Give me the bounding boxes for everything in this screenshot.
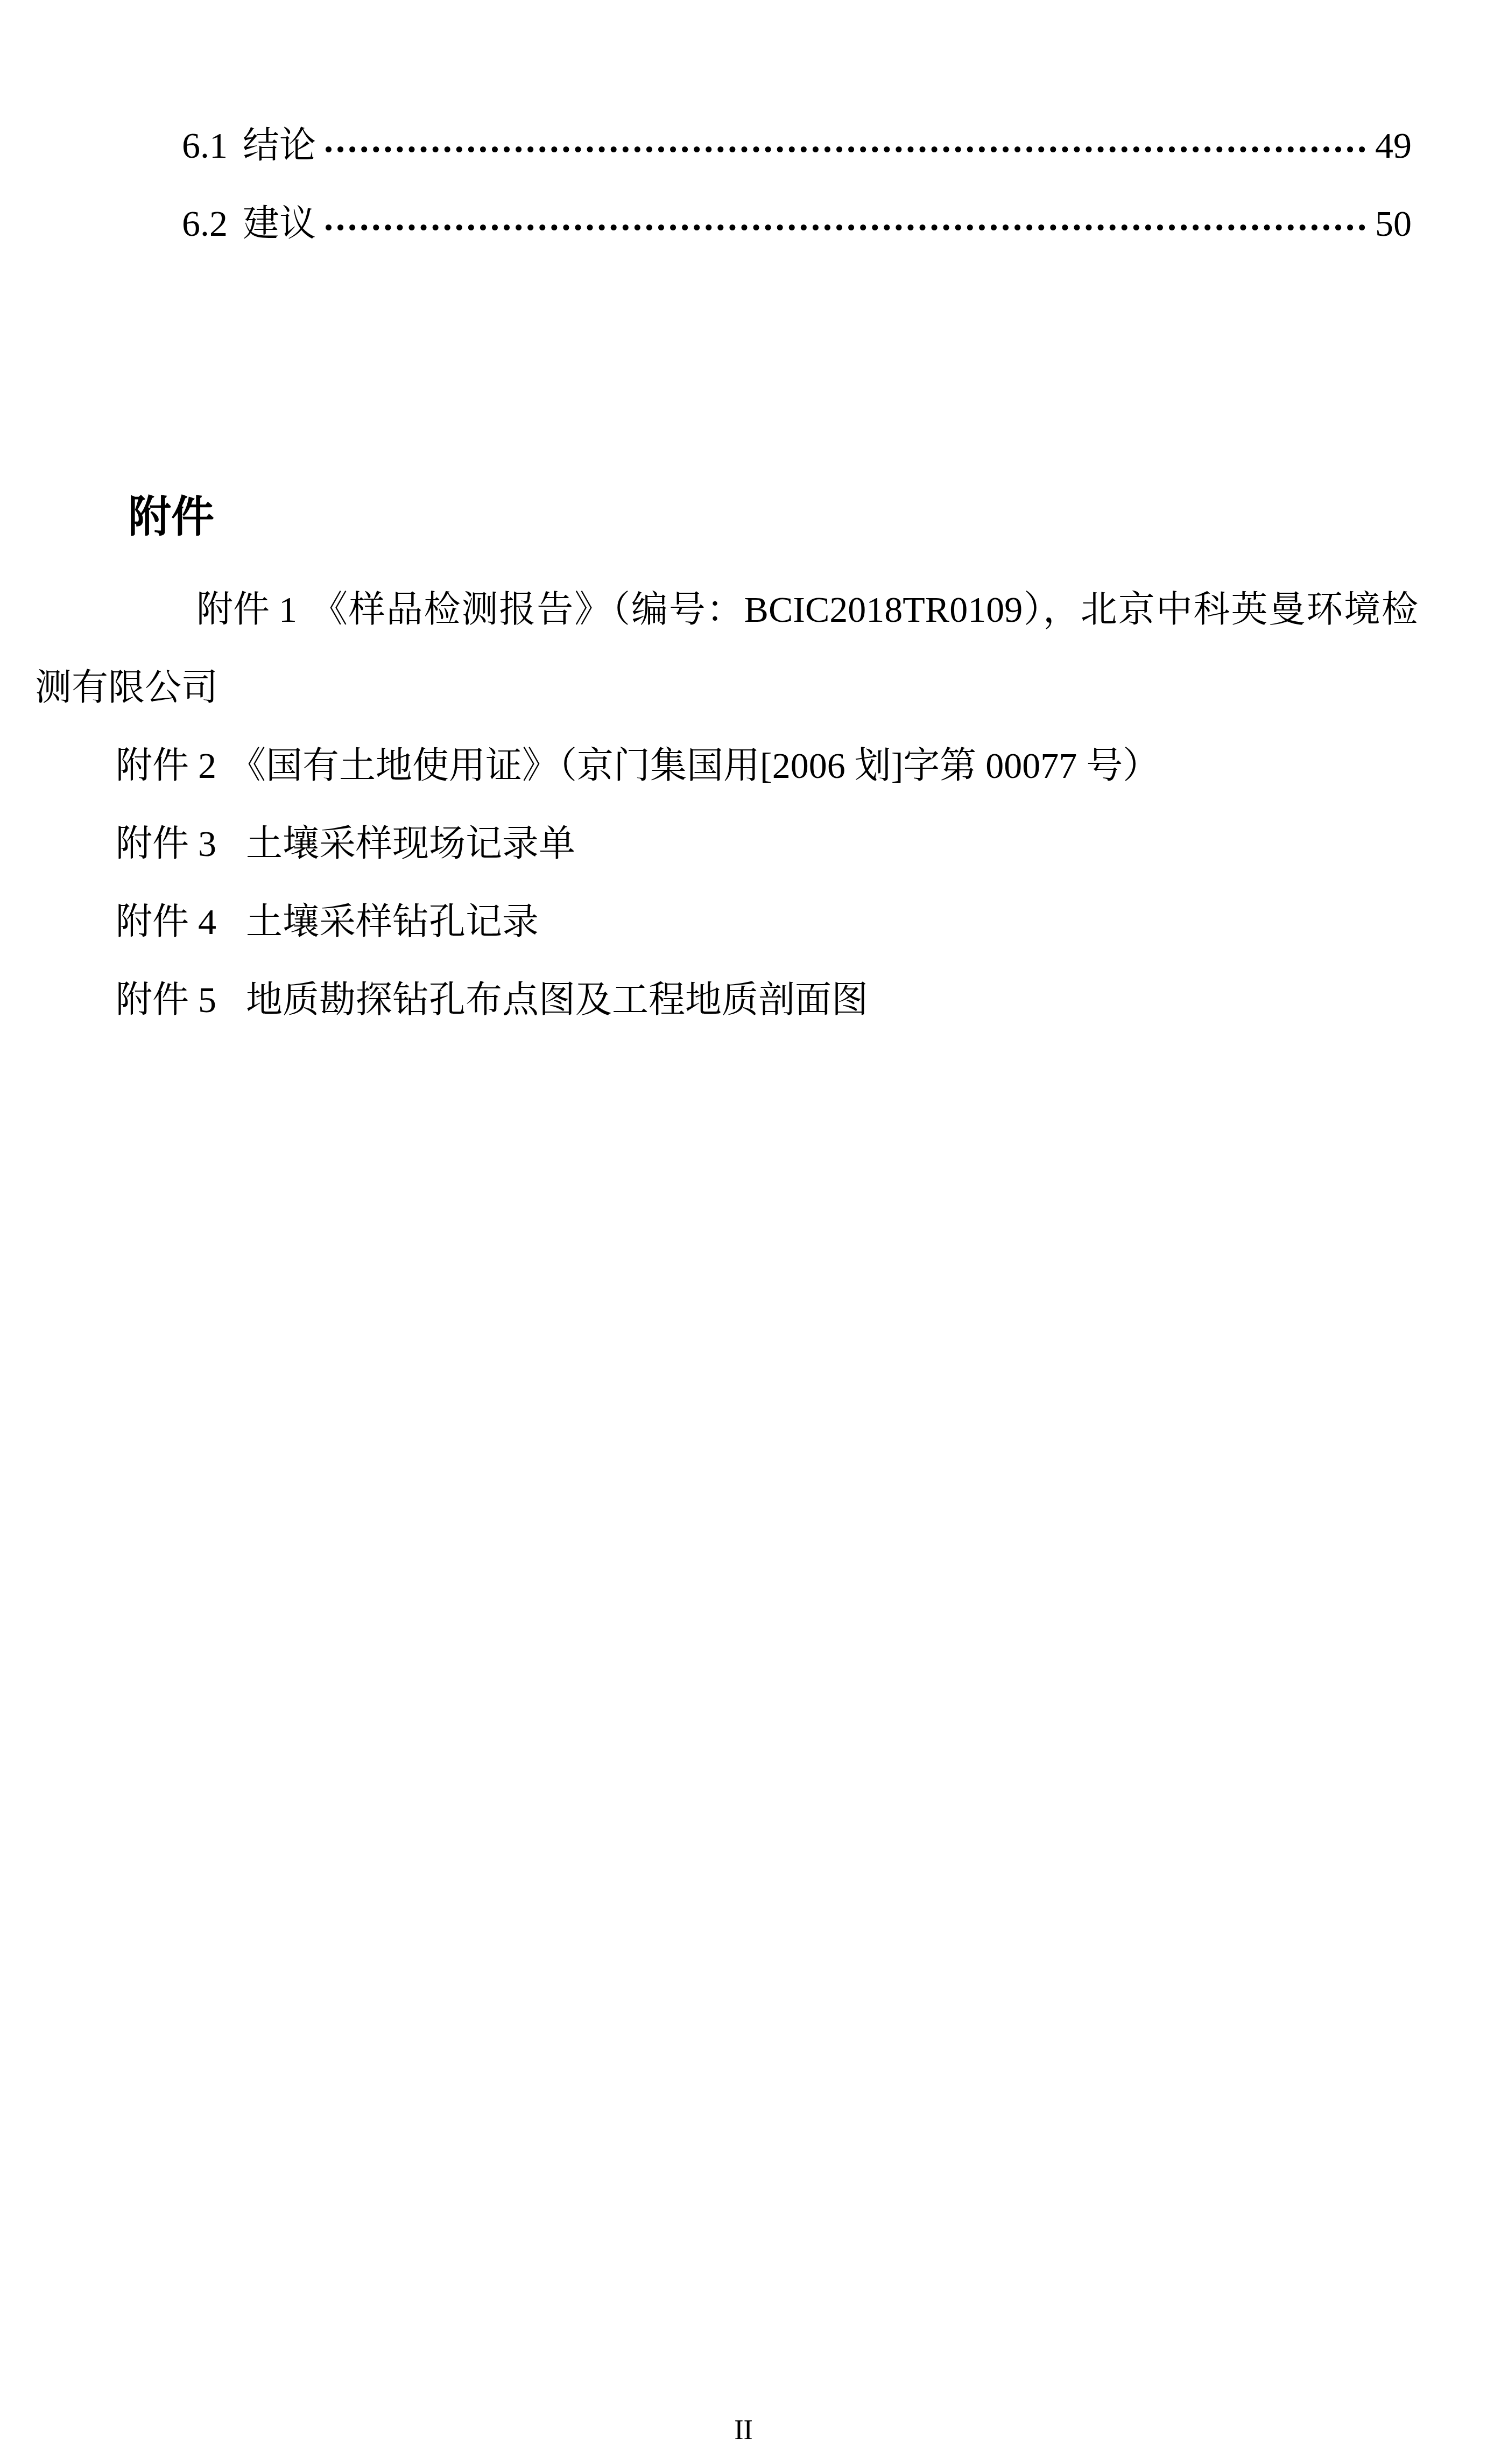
attachment-label: 附件 3	[116, 805, 216, 883]
dot-leader	[326, 146, 1365, 152]
toc-entry-page: 49	[1375, 121, 1412, 170]
attachment-text: 地质勘探钻孔布点图及工程地质剖面图	[246, 979, 868, 1020]
toc-entry-6-1[interactable]: 6.1 结论 49	[182, 121, 1412, 170]
toc-entry-number: 6.1	[182, 121, 228, 170]
attachment-label: 附件 4	[116, 883, 216, 961]
attachment-label: 附件 1	[116, 571, 297, 649]
attachment-item-4: 附件 4土壤采样钻孔记录	[116, 883, 1487, 961]
attachment-label: 附件 5	[116, 961, 216, 1039]
toc-entry-6-2[interactable]: 6.2 建议 50	[182, 199, 1412, 248]
page-number: II	[0, 2412, 1487, 2449]
attachment-text: 土壤采样现场记录单	[246, 823, 575, 864]
attachment-item-5: 附件 5地质勘探钻孔布点图及工程地质剖面图	[116, 961, 1487, 1039]
toc-entry-number: 6.2	[182, 199, 228, 248]
attachment-text: 土壤采样钻孔记录	[246, 901, 539, 942]
attachment-label: 附件 2	[116, 727, 216, 805]
toc-entry-title: 建议	[243, 199, 316, 248]
dot-leader	[326, 224, 1365, 230]
toc-entry-title: 结论	[243, 121, 316, 170]
attachment-text: 《国有土地使用证》（京门集国用[2006 划]字第 00077 号）	[229, 745, 1159, 786]
attachment-item-3: 附件 3土壤采样现场记录单	[116, 805, 1487, 883]
attachment-item-2: 附件 2《国有土地使用证》（京门集国用[2006 划]字第 00077 号）	[116, 727, 1487, 805]
attachment-item-1: 附件 1《样品检测报告》（编号：BCIC2018TR0109），北京中科英曼环境…	[35, 571, 1418, 727]
attachments-heading: 附件	[128, 487, 214, 546]
document-page: 6.1 结论 49 6.2 建议 50 附件 附件 1《样品检测报告》（编号：B…	[0, 0, 1487, 2464]
toc-entry-page: 50	[1375, 199, 1412, 248]
